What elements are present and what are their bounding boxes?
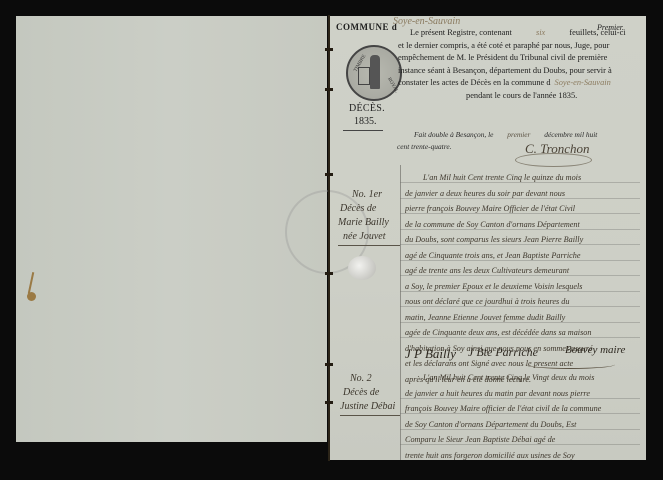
entry-1-margin-line: Marie Bailly [338,216,389,229]
margin-underline [338,245,400,246]
register-intro-text: Le présent Registre, contenant six feuil… [398,27,642,103]
handwritten-commune: Soye-en-Sauvain [551,78,611,87]
entry-line: nous ont déclaré que ce jourdhui à trois… [405,294,637,310]
entry-2-margin-line: Décès de [343,386,379,399]
entry-line: pierre françois Bouvey Maire Officier de… [405,201,637,217]
entry-line: de janvier a huit heures du matin par de… [405,386,637,402]
entry-line: agée de Cinquante deux ans, est décédée … [405,325,637,341]
entry-1-margin-line: Décès de [340,202,376,215]
stitch-mark [325,173,333,176]
entry-1-margin-line: née Jouvet [343,230,385,243]
entry-line: L'an Mil huit Cent trente Cinq le Vingt … [405,370,637,386]
attestation-line-2: cent trente-quatre. [397,142,451,151]
wax-seal-mark [348,256,376,280]
attestation-text: décembre mil huit [542,130,597,139]
entry-1-number: No. 1er [352,188,382,201]
margin-underline [340,415,400,416]
entry-line: de Soy Canton d'ornans Département du Do… [405,417,637,433]
entry-line: de janvier a deux heures du soir par dev… [405,186,637,202]
divider [343,130,383,131]
entry-line: agé de Cinquante trois ans, et Jean Bapt… [405,248,637,264]
attestation-line: Fait double à Besançon, le premier décem… [414,130,597,139]
stitch-mark [325,363,333,366]
stitch-mark [325,88,333,91]
entry-line: agé de trente ans les deux Cultivateurs … [405,263,637,279]
entry-line: matin, Jeanne Etienne Jouvet femme dudit… [405,310,637,326]
commune-handwritten-value: Soye-en-Sauvain [393,16,460,27]
royal-stamp-seal-icon: TIMBRE ROYAL [346,45,402,101]
signature: J P Bailly [405,346,456,362]
seal-bottom-text: ROYAL [386,77,399,94]
entry-2-text: L'an Mil huit Cent trente Cinq le Vingt … [405,370,637,463]
margin-column-rule [400,165,401,460]
intro-text: constater les actes de Décès en la commu… [398,78,551,87]
intro-text: instance séant à Besançon, département d… [398,65,642,78]
intro-text: Le présent Registre, contenant [410,28,514,37]
entry-line: françois Bouvey Maire officier de l'état… [405,401,637,417]
intro-text: empêchement de M. le Président du Tribun… [398,52,642,65]
signature-flourish [525,360,615,369]
entry-line: du Doubs, sont comparus les sieurs Jean … [405,232,637,248]
entry-line: trente huit ans forgeron domicilié aux u… [405,448,637,464]
ink-stain [27,272,35,302]
commune-label: COMMUNE d [336,22,397,32]
signature: J Bte Parriche [468,345,538,360]
entry-line: de la commune de Soy Canton d'ornans Dép… [405,217,637,233]
register-year: 1835. [354,116,377,127]
intro-text: feuillets, celui-ci [567,28,625,37]
stitch-mark [325,48,333,51]
left-page-blank [16,16,327,442]
entry-line: a Soy, le premier Epoux et le deuxieme V… [405,279,637,295]
binding-spine [328,15,330,461]
intro-text: pendant le cours de l'année 1835. [398,90,642,103]
signature: Bouvey maire [565,344,625,356]
entry-2-number: No. 2 [350,372,372,385]
entry-line: Comparu le Sieur Jean Baptiste Débai agé… [405,432,637,448]
entry-line: L'an Mil huit Cent trente Cinq le quinze… [405,170,637,186]
intro-text: et le dernier compris, a été coté et par… [398,40,642,53]
stitch-mark [325,272,333,275]
handwritten-day: premier [495,130,542,139]
entry-2-margin-line: Justine Débai [340,400,395,413]
signature-flourish [515,153,592,167]
stitch-mark [325,401,333,404]
attestation-text: Fait double à Besançon, le [414,130,495,139]
register-type-label: DÉCÈS. [349,103,385,114]
handwritten-sheet-count: six [514,28,567,37]
